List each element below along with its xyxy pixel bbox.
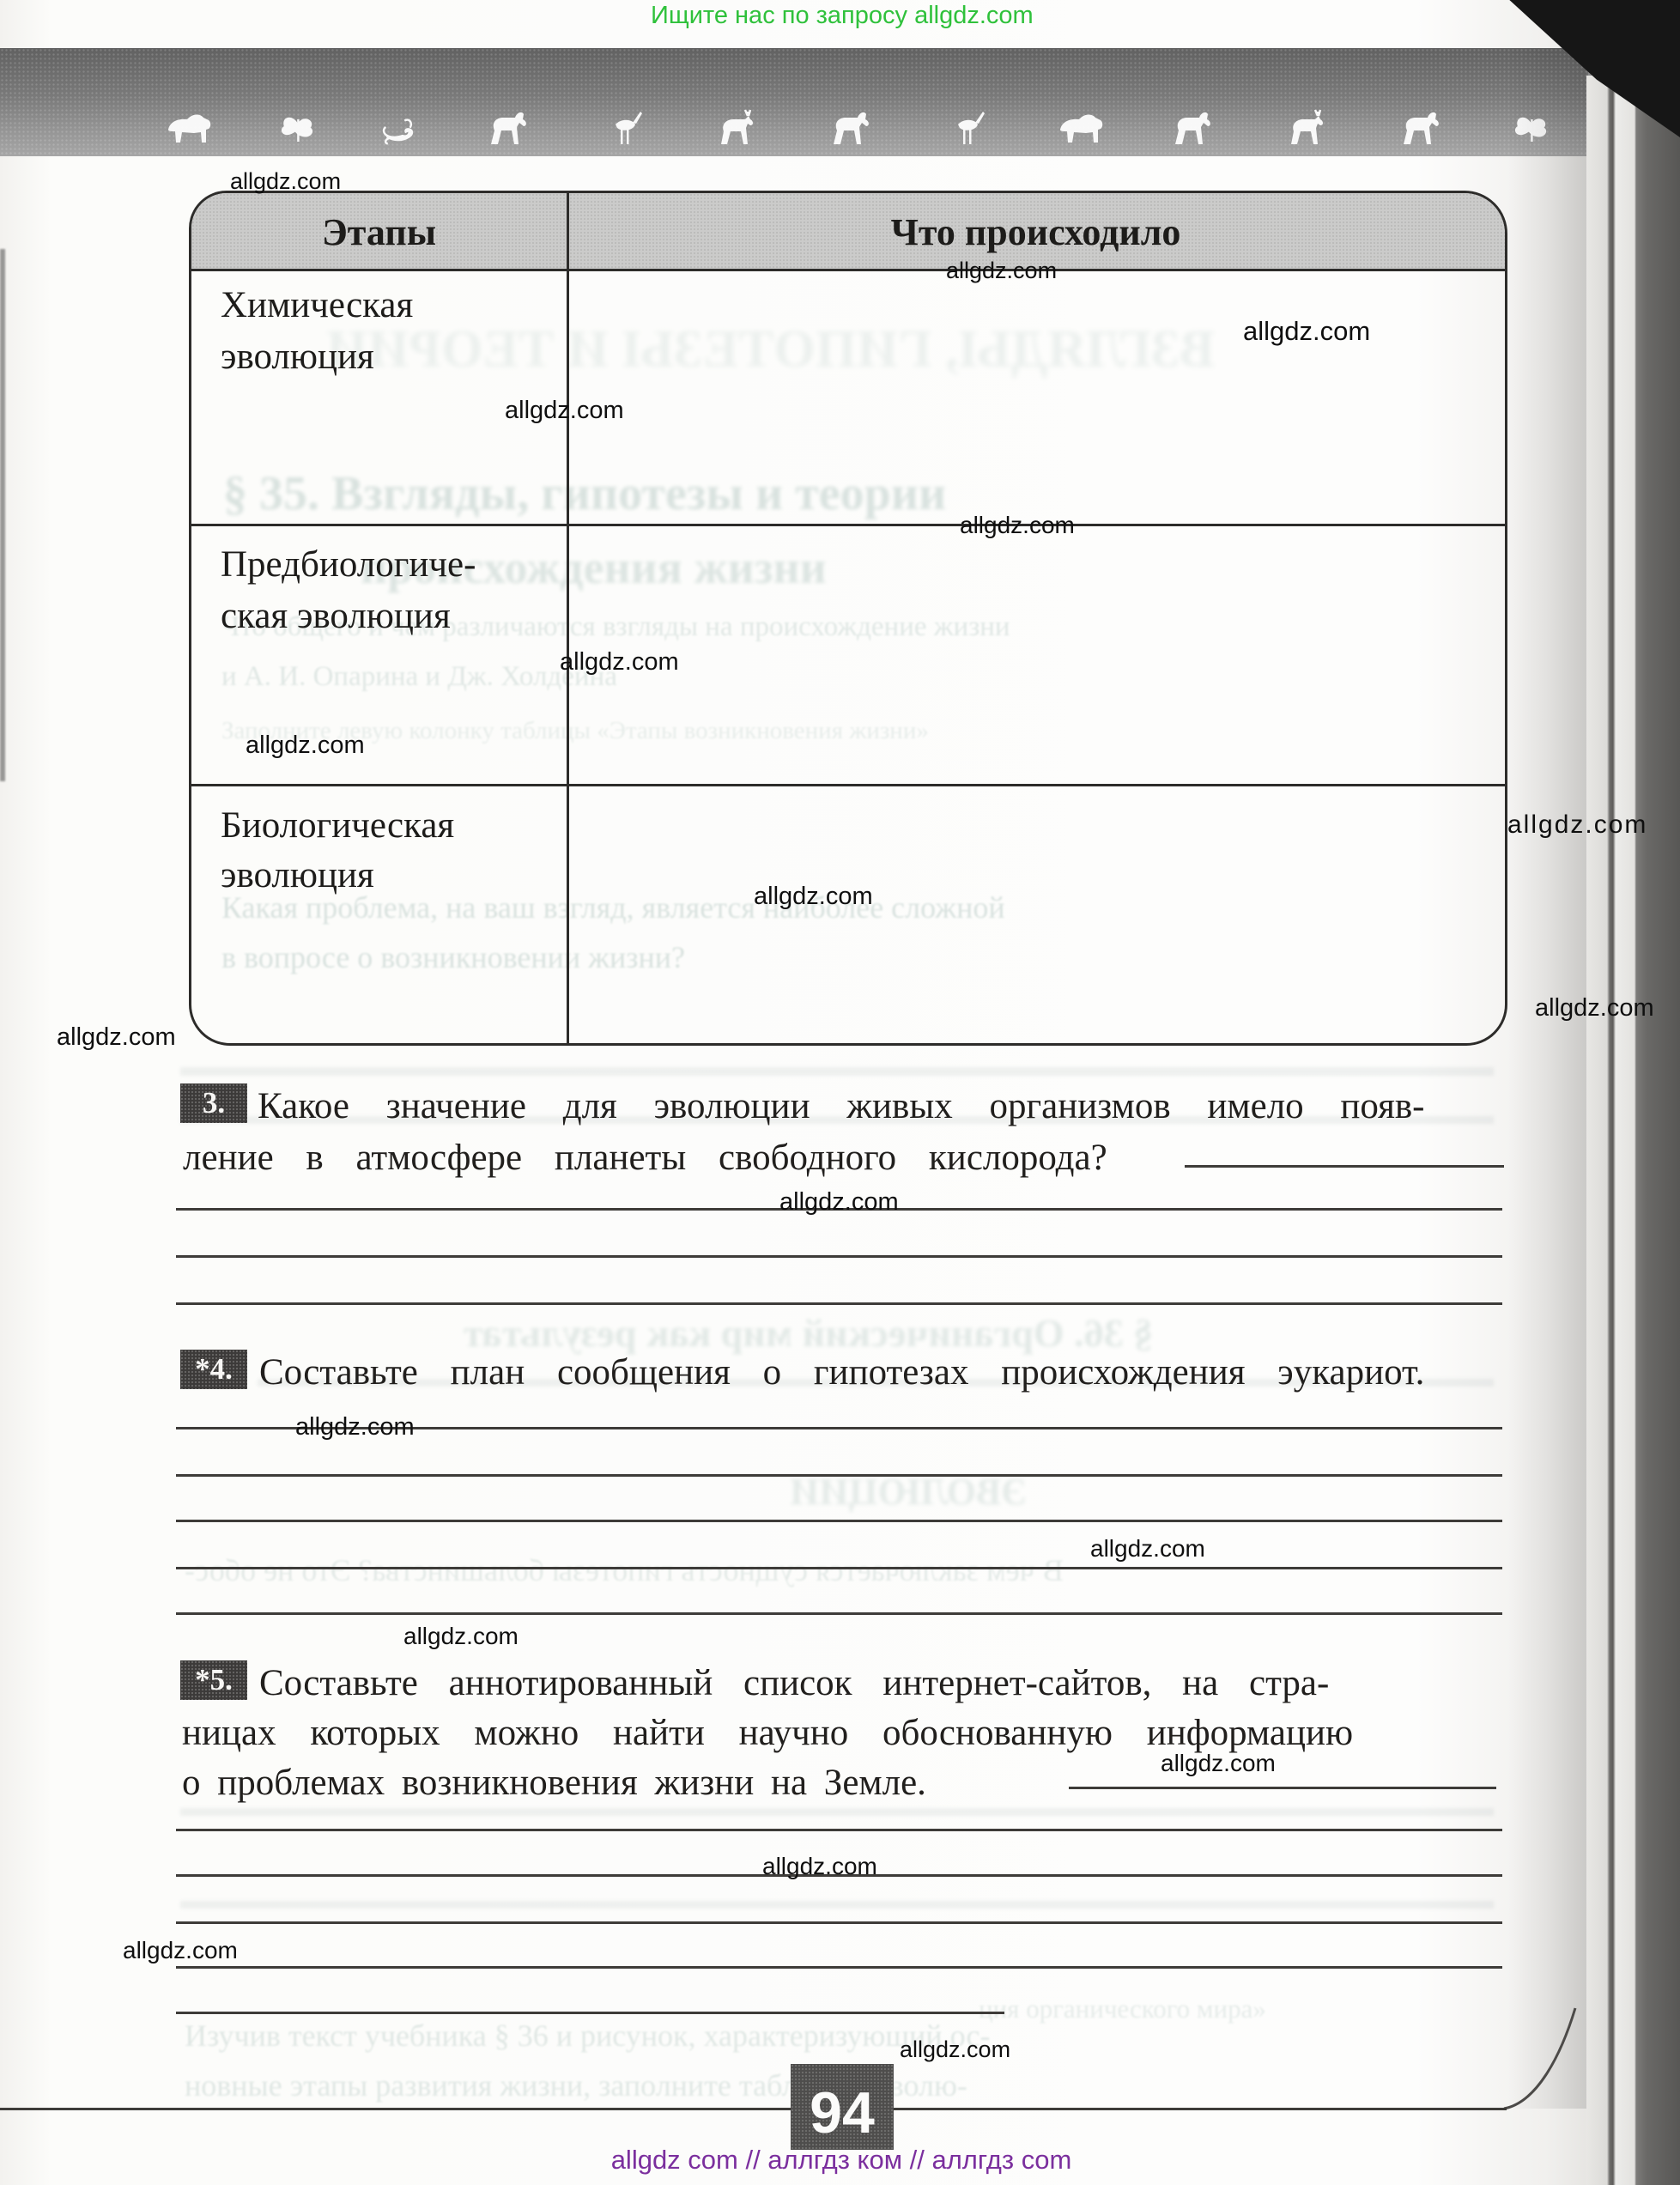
question-3-badge: 3. xyxy=(180,1083,247,1123)
answer-rule-line xyxy=(1069,1787,1496,1789)
bird-silhouette-icon xyxy=(597,108,652,148)
answer-rule-line xyxy=(176,1302,1502,1305)
row-label-chemical-2: эволюция xyxy=(221,336,374,378)
deer-silhouette-icon xyxy=(1281,108,1336,148)
watermark-text: allgdz.com xyxy=(246,731,365,760)
horse-silhouette-icon xyxy=(1395,108,1450,148)
watermark-text: allgdz.com xyxy=(754,883,873,911)
table-header-stages: Этапы xyxy=(191,210,567,254)
answer-rule-line xyxy=(176,1255,1502,1258)
answer-rule-line xyxy=(176,1612,1502,1615)
horse-silhouette-icon xyxy=(1167,108,1222,148)
bleedthrough-text: § 36. Органический мир как результат xyxy=(464,1310,1153,1356)
watermark-text: allgdz.com xyxy=(295,1413,415,1441)
bleedthrough-text: Изучив текст учебника § 36 и рисунок, ха… xyxy=(185,2018,990,2054)
question-4-line-1: Составьте план сообщения о гипотезах про… xyxy=(259,1351,1424,1393)
page-curl-curve xyxy=(1451,1996,1588,2116)
watermark-text: allgdz.com xyxy=(505,397,624,425)
watermark-text: allgdz.com xyxy=(230,168,341,195)
watermark-text: allgdz.com xyxy=(762,1853,877,1880)
scan-left-edge xyxy=(0,249,5,781)
bleedthrough-text: В чем заключается сущность гипотезы боль… xyxy=(185,1552,1064,1588)
watermark-text: allgdz.com xyxy=(123,1937,238,1964)
question-5-line-2: ницах которых можно найти научно обоснов… xyxy=(182,1712,1353,1754)
watermark-text: allgdz.com xyxy=(1161,1750,1276,1777)
row-label-biological-1: Биологическая xyxy=(221,804,454,847)
row-label-chemical-1: Химическая xyxy=(221,284,413,326)
bleedthrough-text: ция органического мира» xyxy=(979,1994,1266,2024)
answer-rule-line xyxy=(176,1921,1502,1924)
answer-rule-line xyxy=(176,1829,1502,1831)
watermark-text: allgdz.com xyxy=(1535,994,1654,1023)
deer-silhouette-icon xyxy=(711,108,766,148)
watermark-text: allgdz.com xyxy=(403,1623,519,1650)
scorpion-silhouette-icon xyxy=(379,113,424,148)
row-label-prebiological-2: ская эволюция xyxy=(221,595,451,637)
bleedthrough-streak xyxy=(180,1067,1494,1076)
watermark-text: allgdz.com xyxy=(57,1023,176,1052)
answer-rule-line xyxy=(1185,1165,1504,1168)
page-fold-shadow xyxy=(1507,48,1586,2109)
watermark-text: allgdz.com xyxy=(1090,1535,1205,1563)
watermark-text: allgdz.com xyxy=(900,2036,1010,2063)
question-5-line-1: Составьте аннотированный список интернет… xyxy=(259,1662,1329,1704)
question-3-line-2: ление в атмосфере планеты свободного кис… xyxy=(183,1137,1107,1179)
horse-silhouette-icon xyxy=(825,108,880,148)
scan-right-edge xyxy=(1586,76,1680,2185)
answer-rule-line xyxy=(176,1474,1502,1477)
bison-silhouette-icon xyxy=(1053,108,1108,148)
question-4-badge: *4. xyxy=(180,1350,247,1389)
scanned-workbook-page: Ищите нас по запросу allgdz.com Этапы Чт… xyxy=(0,0,1680,2185)
page-number-badge: 94 xyxy=(791,2064,894,2150)
table-row-divider xyxy=(191,784,1505,786)
bleedthrough-streak xyxy=(180,1901,1494,1909)
watermark-text: allgdz.com xyxy=(946,258,1057,284)
answer-rule-line xyxy=(0,2108,1507,2110)
watermark-text: allgdz.com xyxy=(779,1188,899,1217)
table-column-divider xyxy=(567,193,569,1043)
answer-rule-line xyxy=(176,1567,1502,1569)
bleedthrough-streak xyxy=(180,1808,1494,1816)
answer-rule-line xyxy=(176,2012,1004,2014)
answer-rule-line xyxy=(176,1966,1502,1969)
bird-silhouette-icon xyxy=(939,108,994,148)
answer-rule-line xyxy=(176,1520,1502,1522)
animal-silhouette-row xyxy=(0,48,1588,156)
animal-banner xyxy=(0,48,1588,156)
row-label-biological-2: эволюция xyxy=(221,854,374,896)
watermark-text: allgdz.com xyxy=(1507,810,1647,840)
question-5-line-3: о проблемах возникновения жизни на Земле… xyxy=(182,1762,926,1804)
watermark-text: allgdz.com xyxy=(560,648,679,677)
butterfly-silhouette-icon xyxy=(276,113,320,148)
promo-search-text: Ищите нас по запросу allgdz.com xyxy=(651,2,1011,30)
watermark-text: allgdz.com xyxy=(1243,316,1370,347)
question-5-badge: *5. xyxy=(180,1660,247,1700)
table-row-divider xyxy=(191,524,1505,526)
row-label-prebiological-1: Предбиологиче- xyxy=(221,543,476,586)
footer-site-text: allgdz com // аллгдз ком // аллгдз com xyxy=(567,2145,1116,2176)
bison-silhouette-icon xyxy=(161,108,216,148)
question-3-line-1: Какое значение для эволюции живых органи… xyxy=(258,1085,1425,1127)
table-header-what-happened: Что происходило xyxy=(569,210,1502,254)
watermark-text: allgdz.com xyxy=(960,512,1075,539)
horse-silhouette-icon xyxy=(482,108,537,148)
